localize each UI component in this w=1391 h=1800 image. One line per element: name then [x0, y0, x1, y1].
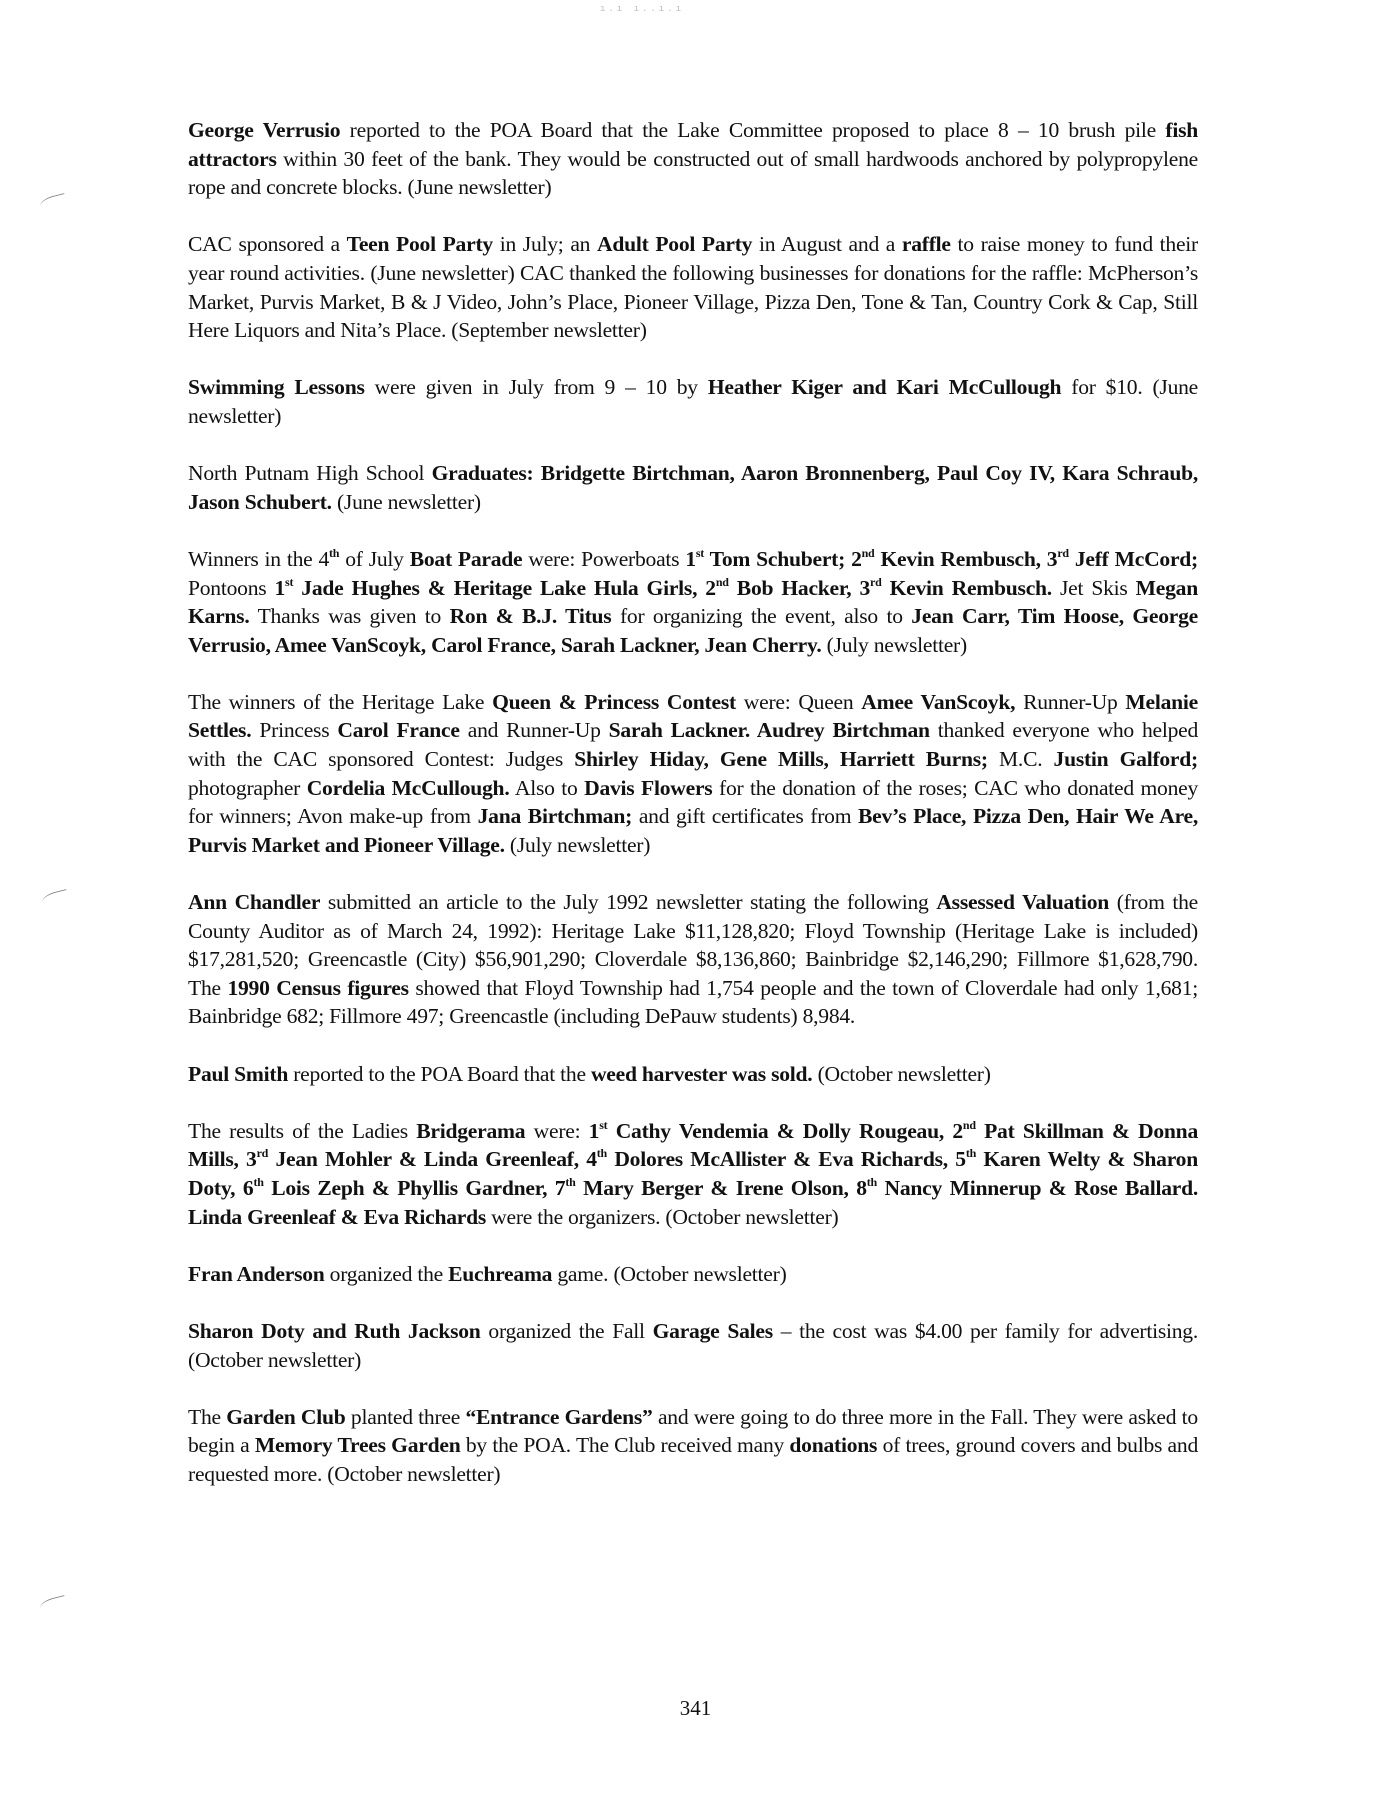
bold-emphasis: Cathy Vendemia & Dolly Rougeau, 2 [607, 1119, 963, 1143]
bold-emphasis: Davis Flowers [584, 776, 712, 800]
text-run: organized the [325, 1262, 449, 1286]
text-run: The results of the Ladies [188, 1119, 416, 1143]
bold-emphasis: Jade Hughes & Heritage Lake Hula Girls, … [293, 576, 716, 600]
bold-emphasis: Ron & B.J. Titus [450, 604, 612, 628]
bold-emphasis: Jana Birtchman; [478, 804, 632, 828]
bold-emphasis: George Verrusio [188, 118, 340, 142]
bold-emphasis: Paul Smith [188, 1062, 288, 1086]
ordinal-suffix: th [253, 1175, 263, 1189]
paragraph-bridgerama: The results of the Ladies Bridgerama wer… [188, 1117, 1198, 1231]
bold-emphasis: Kevin Rembusch. [882, 576, 1052, 600]
paragraph-queen-princess: The winners of the Heritage Lake Queen &… [188, 688, 1198, 860]
bold-emphasis: 1 [685, 547, 696, 571]
text-run: submitted an article to the July 1992 ne… [320, 890, 936, 914]
bold-emphasis: Assessed Valuation [936, 890, 1109, 914]
bold-emphasis: Jean Mohler & Linda Greenleaf, 4 [268, 1147, 597, 1171]
bold-emphasis: Ann Chandler [188, 890, 320, 914]
bold-emphasis: Queen & Princess Contest [492, 690, 736, 714]
text-run: for organizing the event, also to [611, 604, 911, 628]
ordinal-suffix: th [867, 1175, 877, 1189]
ordinal-suffix: st [696, 546, 704, 560]
bold-emphasis: Amee VanScoyk, [861, 690, 1015, 714]
paragraph-euchreama: Fran Anderson organized the Euchreama ga… [188, 1260, 1198, 1289]
text-run: North Putnam High School [188, 461, 432, 485]
bold-emphasis: raffle [902, 232, 951, 256]
bold-emphasis: Heather Kiger and Kari McCullough [708, 375, 1061, 399]
bold-emphasis: Adult Pool Party [597, 232, 752, 256]
bold-emphasis: Sharon Doty and Ruth Jackson [188, 1319, 481, 1343]
bold-emphasis: Euchreama [448, 1262, 552, 1286]
text-run: in August and a [752, 232, 902, 256]
paragraph-garage-sales: Sharon Doty and Ruth Jackson organized t… [188, 1317, 1198, 1374]
paragraph-weed-harvester: Paul Smith reported to the POA Board tha… [188, 1060, 1198, 1089]
text-run: reported to the POA Board that the [288, 1062, 591, 1086]
bold-emphasis: Bob Hacker, 3 [729, 576, 870, 600]
bold-emphasis: Garage Sales [653, 1319, 773, 1343]
scan-artifact-marks: ı.ı ı..ı.ı [600, 4, 684, 14]
text-run: Winners in the 4 [188, 547, 329, 571]
bold-emphasis: 1 [589, 1119, 600, 1143]
bold-emphasis: Shirley Hiday, Gene Mills, Harriett Burn… [574, 747, 988, 771]
bold-emphasis: “Entrance Gardens” [465, 1405, 652, 1429]
bold-emphasis: Garden Club [226, 1405, 345, 1429]
text-run: by the POA. The Club received many [460, 1433, 789, 1457]
text-run: and Runner-Up [460, 718, 609, 742]
text-run: reported to the POA Board that the Lake … [340, 118, 1165, 142]
text-run: Also to [509, 776, 584, 800]
ordinal-suffix: rd [1057, 546, 1069, 560]
bold-emphasis: Cordelia McCullough. [307, 776, 510, 800]
text-run: sponsored a [232, 232, 347, 256]
text-run: (July newsletter) [505, 833, 650, 857]
bold-emphasis: Bridgerama [416, 1119, 525, 1143]
paragraph-assessed-valuation: Ann Chandler submitted an article to the… [188, 888, 1198, 1031]
paragraph-graduates: North Putnam High School Graduates: Brid… [188, 459, 1198, 516]
text-run: Pontoons [188, 576, 274, 600]
text-run: The [188, 1405, 226, 1429]
text-run: Thanks was given to [250, 604, 450, 628]
text-run: were given in July from 9 – 10 by [365, 375, 708, 399]
text-run: game. (October newsletter) [552, 1262, 786, 1286]
paragraph-cac-pool-party: CAC sponsored a Teen Pool Party in July;… [188, 230, 1198, 344]
bold-emphasis: Dolores McAllister & Eva Richards, 5 [607, 1147, 966, 1171]
bold-emphasis: Jeff McCord; [1069, 547, 1198, 571]
ordinal-suffix: th [966, 1146, 976, 1160]
bold-emphasis: Carol France [337, 718, 459, 742]
bold-emphasis: Memory Trees Garden [255, 1433, 461, 1457]
ordinal-suffix: th [565, 1175, 575, 1189]
text-run: photographer [188, 776, 307, 800]
text-run: The winners of the Heritage Lake [188, 690, 492, 714]
text-run: and gift certificates from [632, 804, 858, 828]
bold-emphasis: Fran Anderson [188, 1262, 325, 1286]
ordinal-suffix: st [285, 575, 293, 589]
text-run: CAC [188, 232, 232, 256]
paragraph-swimming-lessons: Swimming Lessons were given in July from… [188, 373, 1198, 430]
paragraph-boat-parade: Winners in the 4th of July Boat Parade w… [188, 545, 1198, 659]
bold-emphasis: Boat Parade [410, 547, 523, 571]
bold-emphasis: 1 [274, 576, 285, 600]
text-run: in July; an [493, 232, 597, 256]
text-run: planted three [346, 1405, 466, 1429]
text-run: Jet Skis [1052, 576, 1136, 600]
bold-emphasis: Justin Galford; [1054, 747, 1198, 771]
ordinal-suffix: rd [870, 575, 882, 589]
paragraph-fish-attractors: George Verrusio reported to the POA Boar… [188, 116, 1198, 202]
bold-emphasis: 1990 Census figures [227, 976, 408, 1000]
bold-emphasis: Kevin Rembusch, 3 [874, 547, 1057, 571]
ordinal-suffix: th [329, 546, 339, 560]
bold-emphasis: Sarah Lackner. Audrey Birtchman [609, 718, 930, 742]
text-run: within 30 feet of the bank. They would b… [188, 147, 1198, 200]
ordinal-suffix: nd [716, 575, 729, 589]
bold-emphasis: Teen Pool Party [347, 232, 493, 256]
bold-emphasis: weed harvester was sold. [591, 1062, 813, 1086]
text-run: were: [525, 1119, 588, 1143]
ordinal-suffix: rd [257, 1146, 269, 1160]
bold-emphasis: Swimming Lessons [188, 375, 365, 399]
margin-pencil-mark [41, 889, 69, 906]
text-run: were: Powerboats [522, 547, 685, 571]
text-run: (October newsletter) [812, 1062, 990, 1086]
paragraph-garden-club: The Garden Club planted three “Entrance … [188, 1403, 1198, 1489]
text-run: Princess [251, 718, 337, 742]
bold-emphasis: Lois Zeph & Phyllis Gardner, 7 [264, 1176, 566, 1200]
page-number: 341 [0, 1696, 1391, 1721]
margin-pencil-mark [39, 193, 67, 210]
bold-emphasis: donations [789, 1433, 877, 1457]
text-run: organized the Fall [481, 1319, 653, 1343]
ordinal-suffix: nd [963, 1118, 976, 1132]
bold-emphasis: Tom Schubert; 2 [704, 547, 862, 571]
ordinal-suffix: nd [862, 546, 875, 560]
margin-pencil-mark [39, 1595, 67, 1612]
text-run: M.C. [988, 747, 1054, 771]
document-body: George Verrusio reported to the POA Boar… [188, 116, 1198, 1517]
ordinal-suffix: th [597, 1146, 607, 1160]
text-run: of July [339, 547, 410, 571]
bold-emphasis: Mary Berger & Irene Olson, 8 [576, 1176, 867, 1200]
text-run: (July newsletter) [822, 633, 967, 657]
text-run: (June newsletter) [332, 490, 481, 514]
text-run: Runner-Up [1015, 690, 1125, 714]
text-run: were: Queen [736, 690, 861, 714]
text-run: were the organizers. (October newsletter… [486, 1205, 838, 1229]
